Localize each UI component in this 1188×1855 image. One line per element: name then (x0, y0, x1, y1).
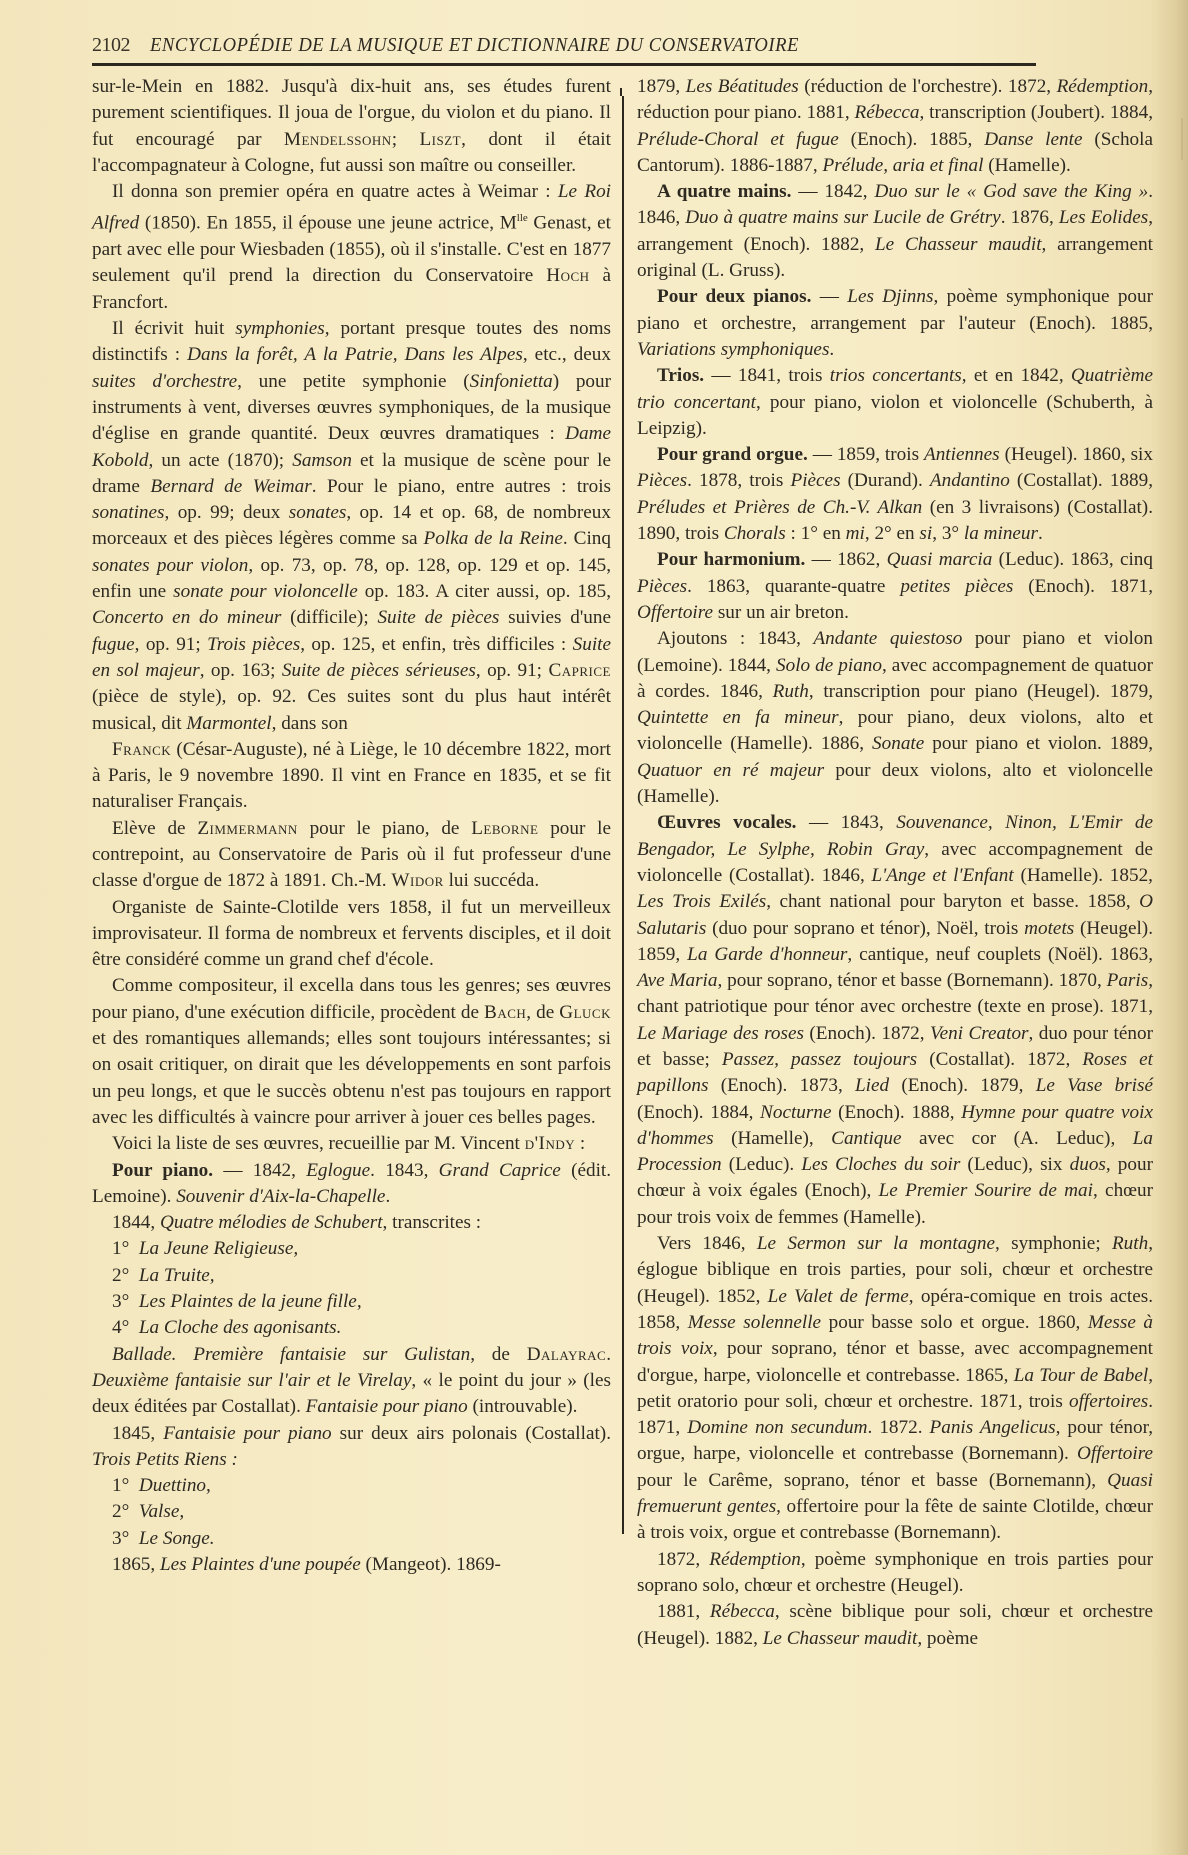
proper-name: Zimmermann (197, 818, 298, 839)
text-run: 1881, (657, 1601, 710, 1622)
italic-title: Marmontel (186, 713, 271, 734)
text-run: pour le piano, de (298, 818, 471, 839)
italic-title: petites pièces (900, 576, 1013, 597)
italic-title: Préludes et Prières de Ch.-V. Alkan (637, 497, 922, 518)
section-heading: Pour deux pianos. (657, 286, 811, 307)
text-run: , cantique, neuf couplets (Noël). 1863, (847, 944, 1153, 965)
page-number: 2102 (92, 34, 150, 57)
paragraph-ballade: Ballade. Première fantaisie sur Gulistan… (92, 1342, 611, 1421)
paragraph-symphonies: Il écrivit huit symphonies, portant pres… (92, 316, 611, 737)
text-run: — 1862, (805, 549, 886, 570)
text-run: (Hamelle). (983, 155, 1070, 176)
section-trios: Trios. — 1841, trois trios concertants, … (637, 363, 1153, 442)
text-run: Voici la liste de ses œuvres, recueillie… (112, 1133, 525, 1154)
text-run: , chant national pour baryton et basse. … (766, 891, 1139, 912)
italic-title: Le Premier Sourire de mai (879, 1180, 1093, 1201)
italic-title: Sinfonietta (470, 371, 553, 392)
italic-title: Nocturne (760, 1102, 831, 1123)
paragraph-works-intro: Voici la liste de ses œuvres, recueillie… (92, 1131, 611, 1157)
text-run: , op. 125, et enfin, très difficiles : (300, 634, 572, 655)
text-run: . (606, 1344, 611, 1365)
italic-title: motets (1024, 918, 1074, 939)
text-run: (Leduc). (722, 1154, 802, 1175)
text-run: (réduction de l'orchestre). 1872, (799, 76, 1057, 97)
italic-title: Domine non secundum (687, 1417, 867, 1438)
italic-title: Quintette en fa mineur (637, 707, 839, 728)
italic-title: Le Chasseur maudit (763, 1628, 918, 1649)
proper-name: Bach (484, 1002, 526, 1023)
text-run: , 3° (932, 523, 964, 544)
italic-title: La Truite, (139, 1265, 215, 1286)
section-heading: Œuvres vocales. (657, 812, 796, 833)
text-run: . Pour le piano, entre autres : trois (312, 476, 611, 497)
text-run: (Enoch). 1873, (708, 1075, 855, 1096)
section-heading: Pour piano. (112, 1160, 213, 1181)
text-run: (Hamelle), (714, 1128, 832, 1149)
text-run: , dans son (272, 713, 348, 734)
italic-title: Souvenir d'Aix-la-Chapelle (176, 1186, 385, 1207)
text-run: (Enoch). 1884, (637, 1102, 760, 1123)
italic-title: Le Sermon sur la montagne (757, 1233, 995, 1254)
italic-title: La Cloche des agonisants. (139, 1317, 342, 1338)
text-run: (duo pour soprano et ténor), Noël, trois (706, 918, 1024, 939)
italic-title: sonatines (92, 502, 165, 523)
proper-name: Dalayrac (527, 1344, 607, 1365)
column-divider (622, 96, 624, 1534)
right-column: 1879, Les Béatitudes (réduction de l'orc… (637, 74, 1153, 1652)
list-item: 3° Les Plaintes de la jeune fille, (92, 1289, 611, 1315)
italic-title: Les Trois Exilés (637, 891, 766, 912)
italic-title: offertoires (1069, 1391, 1148, 1412)
text-run: : 1° en (786, 523, 846, 544)
italic-title: L'Ange et l'Enfant (872, 865, 1014, 886)
text-run: ; (392, 129, 420, 150)
proper-name: Liszt (419, 129, 461, 150)
italic-title: Antiennes (924, 444, 1000, 465)
text-run: Ajoutons : 1843, (657, 628, 813, 649)
text-run: (introuvable). (468, 1396, 578, 1417)
text-run: , op. 91; (135, 634, 207, 655)
italic-title: Le Chasseur maudit (875, 234, 1042, 255)
italic-title: Offertoire (637, 602, 713, 623)
paragraph-redemption: 1872, Rédemption, poème symphonique en t… (637, 1547, 1153, 1600)
text-run: (difficile); (281, 607, 377, 628)
section-harmonium: Pour harmonium. — 1862, Quasi marcia (Le… (637, 547, 1153, 626)
text-run: 3° (112, 1291, 129, 1312)
paragraph-schubert: 1844, Quatre mélodies de Schubert, trans… (92, 1210, 611, 1236)
italic-title: Lied (855, 1075, 889, 1096)
text-run: . (1038, 523, 1043, 544)
paragraph-composer: Comme compositeur, il excella dans tous … (92, 973, 611, 1131)
italic-title: Pièces (637, 576, 687, 597)
left-column: sur-le-Mein en 1882. Jusqu'à dix-huit an… (92, 74, 611, 1578)
italic-title: Dans la forêt, A la Patrie, Dans les Alp… (187, 344, 523, 365)
italic-title: Rébecca (855, 102, 920, 123)
running-title: ENCYCLOPÉDIE DE LA MUSIQUE ET DICTIONNAI… (150, 34, 799, 57)
italic-title: Le Songe. (139, 1528, 215, 1549)
running-head: 2102 ENCYCLOPÉDIE DE LA MUSIQUE ET DICTI… (92, 34, 1036, 60)
text-run: lui succéda. (444, 870, 539, 891)
text-run: (Enoch). 1885, (839, 129, 984, 150)
paragraph-continued-piano: 1879, Les Béatitudes (réduction de l'orc… (637, 74, 1153, 179)
text-run: , op. 163; (200, 660, 282, 681)
text-run: Elève de (112, 818, 197, 839)
italic-title: Le Vase brisé (1036, 1075, 1153, 1096)
italic-title: sonates pour violon (92, 555, 248, 576)
italic-title: Rédemption (709, 1549, 801, 1570)
text-run: sur un air breton. (713, 602, 849, 623)
italic-title: Les Djinns (847, 286, 933, 307)
italic-title: Solo de piano (776, 655, 882, 676)
text-run: — 1842, (213, 1160, 306, 1181)
italic-title: Rédemption (1057, 76, 1149, 97)
italic-title: Messe solennelle (688, 1312, 821, 1333)
italic-title: Trois Petits Riens (92, 1449, 227, 1470)
italic-title: Ballade. Première fantaisie sur Gulistan (112, 1344, 470, 1365)
text-run: (Leduc). 1863, cinq (992, 549, 1153, 570)
italic-title: Fantaisie pour piano (306, 1396, 468, 1417)
list-item: 2° Valse, (92, 1499, 611, 1525)
italic-title: Quatuor en ré majeur (637, 760, 824, 781)
text-run: (Durand). (841, 470, 930, 491)
text-run: , etc., deux (523, 344, 611, 365)
italic-title: Pièces (637, 470, 687, 491)
italic-title: Danse lente (984, 129, 1082, 150)
italic-title: Concerto en do mineur (92, 607, 281, 628)
italic-title: Sonate (872, 733, 924, 754)
text-run: , et en 1842, (962, 365, 1071, 386)
list-item: 4° La Cloche des agonisants. (92, 1315, 611, 1341)
text-run: (Enoch). 1879, (889, 1075, 1036, 1096)
text-run: — 1859, trois (808, 444, 924, 465)
text-run: — (811, 286, 847, 307)
text-run: (Enoch). 1888, (831, 1102, 961, 1123)
italic-title: Ruth (773, 681, 809, 702)
text-run: : (575, 1133, 585, 1154)
italic-title: Prélude-Choral et fugue (637, 129, 839, 150)
list-item: 1° La Jeune Religieuse, (92, 1236, 611, 1262)
header-rule (92, 63, 1036, 66)
section-heading: Pour harmonium. (657, 549, 805, 570)
italic-title: Ave Maria (637, 970, 717, 991)
italic-title: suites d'orchestre (92, 371, 237, 392)
text-run: (Hamelle). 1852, (1014, 865, 1153, 886)
italic-title: Valse, (139, 1501, 184, 1522)
list-item: 2° La Truite, (92, 1263, 611, 1289)
text-run: Il écrivit huit (112, 318, 235, 339)
italic-title: Variations symphoniques (637, 339, 829, 360)
italic-title: La Jeune Religieuse, (139, 1238, 298, 1259)
column-divider-tick (620, 88, 622, 96)
text-run: , op. 91; (476, 660, 549, 681)
italic-title: Quatre mélodies de Schubert (160, 1212, 383, 1233)
text-run: pour le Carême, soprano, ténor et basse … (637, 1470, 1107, 1491)
text-run: , un acte (1870); (149, 450, 293, 471)
section-deux-pianos: Pour deux pianos. — Les Djinns, poème sy… (637, 284, 1153, 363)
text-run: (Heugel). 1860, six (1000, 444, 1153, 465)
text-run: . 1863, quarante-quatre (687, 576, 900, 597)
proper-name: Mendelssohn (284, 129, 392, 150)
proper-name: Widor (391, 870, 443, 891)
italic-title: Prélude, aria et final (822, 155, 983, 176)
text-run: avec cor (A. Leduc), (902, 1128, 1133, 1149)
text-run: et des romantiques allemands; elles sont… (92, 1028, 611, 1128)
text-run: 1° (112, 1475, 129, 1496)
italic-title: Offertoire (1077, 1443, 1153, 1464)
italic-title: Deuxième fantaisie sur l'air et le Virel… (92, 1370, 411, 1391)
text-run: Il donna son premier opéra en quatre act… (112, 181, 558, 202)
proper-name: Leborne (471, 818, 538, 839)
italic-title: si (919, 523, 932, 544)
text-run: (Costallat). 1889, (1010, 470, 1153, 491)
italic-title: Duo sur le « God save the King » (875, 181, 1149, 202)
text-run: , une petite symphonie ( (237, 371, 469, 392)
text-run: (1850). En 1855, il épouse une jeune act… (139, 213, 517, 234)
text-run: (Enoch). 1871, (1013, 576, 1153, 597)
italic-title: symphonies (235, 318, 325, 339)
italic-title: Rébecca (710, 1601, 775, 1622)
paragraph-ajoutons: Ajoutons : 1843, Andante quiestoso pour … (637, 626, 1153, 810)
text-run: 3° (112, 1528, 129, 1549)
italic-title: Bernard de Weimar (150, 476, 311, 497)
text-run: 2° (112, 1265, 129, 1286)
paragraph-1845: 1845, Fantaisie pour piano sur deux airs… (92, 1421, 611, 1474)
italic-title: sonate pour violoncelle (173, 581, 358, 602)
paragraph-franck-education: Elève de Zimmermann pour le piano, de Le… (92, 816, 611, 895)
section-pour-piano: Pour piano. — 1842, Eglogue. 1843, Grand… (92, 1158, 611, 1211)
text-run: suivies d'une (499, 607, 611, 628)
entry-name-franck: Franck (112, 739, 171, 760)
italic-title: Duo à quatre mains sur Lucile de Grétry (685, 207, 1000, 228)
list-item: 1° Duettino, (92, 1473, 611, 1499)
text-run: — 1841, trois (704, 365, 830, 386)
italic-title: Andantino (930, 470, 1010, 491)
text-run: op. 183. A citer aussi, op. 185, (358, 581, 611, 602)
paragraph-1865: 1865, Les Plaintes d'une poupée (Mangeot… (92, 1552, 611, 1578)
text-run: (pièce de style), op. 92. Ces suites son… (92, 686, 611, 733)
text-run: , op. 99; deux (165, 502, 289, 523)
entry-franck-heading: Franck (César-Auguste), né à Liège, le 1… (92, 737, 611, 816)
text-run: (Leduc), six (960, 1154, 1069, 1175)
text-run: (Mangeot). 1869- (361, 1554, 501, 1575)
paragraph-hiller-studies: sur-le-Mein en 1882. Jusqu'à dix-huit an… (92, 74, 611, 179)
section-quatre-mains: A quatre mains. — 1842, Duo sur le « God… (637, 179, 1153, 284)
text-run: . 1878, trois (687, 470, 790, 491)
text-run: . (829, 339, 834, 360)
text-run: . 1843, (370, 1160, 438, 1181)
italic-title: Duettino, (139, 1475, 211, 1496)
section-oeuvres-vocales: Œuvres vocales. — 1843, Souvenance, Nino… (637, 810, 1153, 1231)
page-edge-mark (1181, 118, 1183, 160)
document-page: 2102 ENCYCLOPÉDIE DE LA MUSIQUE ET DICTI… (0, 0, 1188, 1855)
text-run: , de (526, 1002, 559, 1023)
italic-title: duos (1070, 1154, 1106, 1175)
italic-title: Les Plaintes de la jeune fille, (139, 1291, 362, 1312)
text-run: sur deux airs polonais (Costallat). (332, 1423, 611, 1444)
paragraph-rebecca: 1881, Rébecca, scène biblique pour soli,… (637, 1599, 1153, 1652)
proper-name: Hoch (546, 265, 589, 286)
text-run: 1° (112, 1238, 129, 1259)
text-run: , 2° en (865, 523, 920, 544)
text-run: . Cinq (563, 528, 611, 549)
text-run: 1845, (112, 1423, 163, 1444)
text-run: 1872, (657, 1549, 709, 1570)
proper-name: Gluck (559, 1002, 611, 1023)
paragraph-vers-1846: Vers 1846, Le Sermon sur la montagne, sy… (637, 1231, 1153, 1547)
text-run: Vers 1846, (657, 1233, 757, 1254)
italic-title: sonates (289, 502, 347, 523)
text-run: 1844, (112, 1212, 160, 1233)
italic-title: fugue (92, 634, 135, 655)
italic-title: Panis Angelicus (930, 1417, 1056, 1438)
text-run: 1865, (112, 1554, 160, 1575)
list-item: 3° Le Songe. (92, 1526, 611, 1552)
proper-name: d'Indy (525, 1133, 575, 1154)
text-run: (Enoch). 1872, (804, 1023, 930, 1044)
italic-title: Grand Caprice (439, 1160, 561, 1181)
text-run: pour basse solo et orgue. 1860, (821, 1312, 1088, 1333)
text-run: , transcrites : (383, 1212, 482, 1233)
italic-title: Eglogue (306, 1160, 370, 1181)
text-run: , transcription (Joubert). 1884, (920, 102, 1153, 123)
italic-title: Andante quiestoso (813, 628, 962, 649)
text-run: , poème (917, 1628, 978, 1649)
italic-title: Les Cloches du soir (801, 1154, 960, 1175)
italic-title: Chorals (724, 523, 786, 544)
text-run: — 1842, (791, 181, 874, 202)
text-run: , pour soprano, ténor et basse (Borneman… (717, 970, 1106, 991)
italic-title: Les Eolides (1059, 207, 1148, 228)
italic-title: trios concertants (830, 365, 962, 386)
italic-title: Samson (292, 450, 352, 471)
italic-title: mi (846, 523, 865, 544)
italic-title: Fantaisie pour piano (163, 1423, 331, 1444)
text-run: pour piano et violon. 1889, (924, 733, 1153, 754)
italic-title: Cantique (831, 1128, 901, 1149)
italic-title: La Tour de Babel (1014, 1365, 1148, 1386)
text-run: . (385, 1186, 390, 1207)
text-run: lle (517, 212, 528, 224)
italic-title: Passez, passez toujours (722, 1049, 917, 1070)
paragraph-first-opera: Il donna son premier opéra en quatre act… (92, 179, 611, 316)
italic-title: Veni Creator (930, 1023, 1029, 1044)
section-heading: Pour grand orgue. (657, 444, 808, 465)
italic-title: Ruth (1112, 1233, 1148, 1254)
text-run: (Costallat). 1872, (917, 1049, 1082, 1070)
italic-title: Suite de pièces sérieuses (282, 660, 476, 681)
proper-name: Caprice (548, 660, 611, 681)
italic-title: Paris (1107, 970, 1149, 991)
italic-title: Les Béatitudes (686, 76, 799, 97)
italic-title: Suite de pièces (377, 607, 499, 628)
text-run: 1879, (637, 76, 686, 97)
italic-title: la mineur (964, 523, 1038, 544)
section-heading: Trios. (657, 365, 704, 386)
italic-title: Le Mariage des roses (637, 1023, 804, 1044)
section-grand-orgue: Pour grand orgue. — 1859, trois Antienne… (637, 442, 1153, 547)
text-run: , transcription pour piano (Heugel). 187… (809, 681, 1153, 702)
paragraph-organist: Organiste de Sainte-Clotilde vers 1858, … (92, 895, 611, 974)
italic-title: Pièces (790, 470, 840, 491)
italic-title: Quasi marcia (887, 549, 993, 570)
italic-title: Le Valet de ferme (768, 1286, 909, 1307)
italic-title: La Garde d'honneur (687, 944, 847, 965)
text-run: , symphonie; (995, 1233, 1112, 1254)
italic-title: Trois pièces (207, 634, 300, 655)
italic-title: Polka de la Reine (424, 528, 563, 549)
text-run: — 1843, (796, 812, 896, 833)
italic-title: : (227, 1449, 238, 1470)
text-run: . 1872. (868, 1417, 930, 1438)
text-run: . 1876, (1001, 207, 1059, 228)
page-edge-shadow (1148, 0, 1188, 1855)
text-run: 2° (112, 1501, 129, 1522)
italic-title: Les Plaintes d'une poupée (160, 1554, 361, 1575)
text-run: , de (470, 1344, 526, 1365)
text-run: 4° (112, 1317, 129, 1338)
section-heading: A quatre mains. (657, 181, 791, 202)
